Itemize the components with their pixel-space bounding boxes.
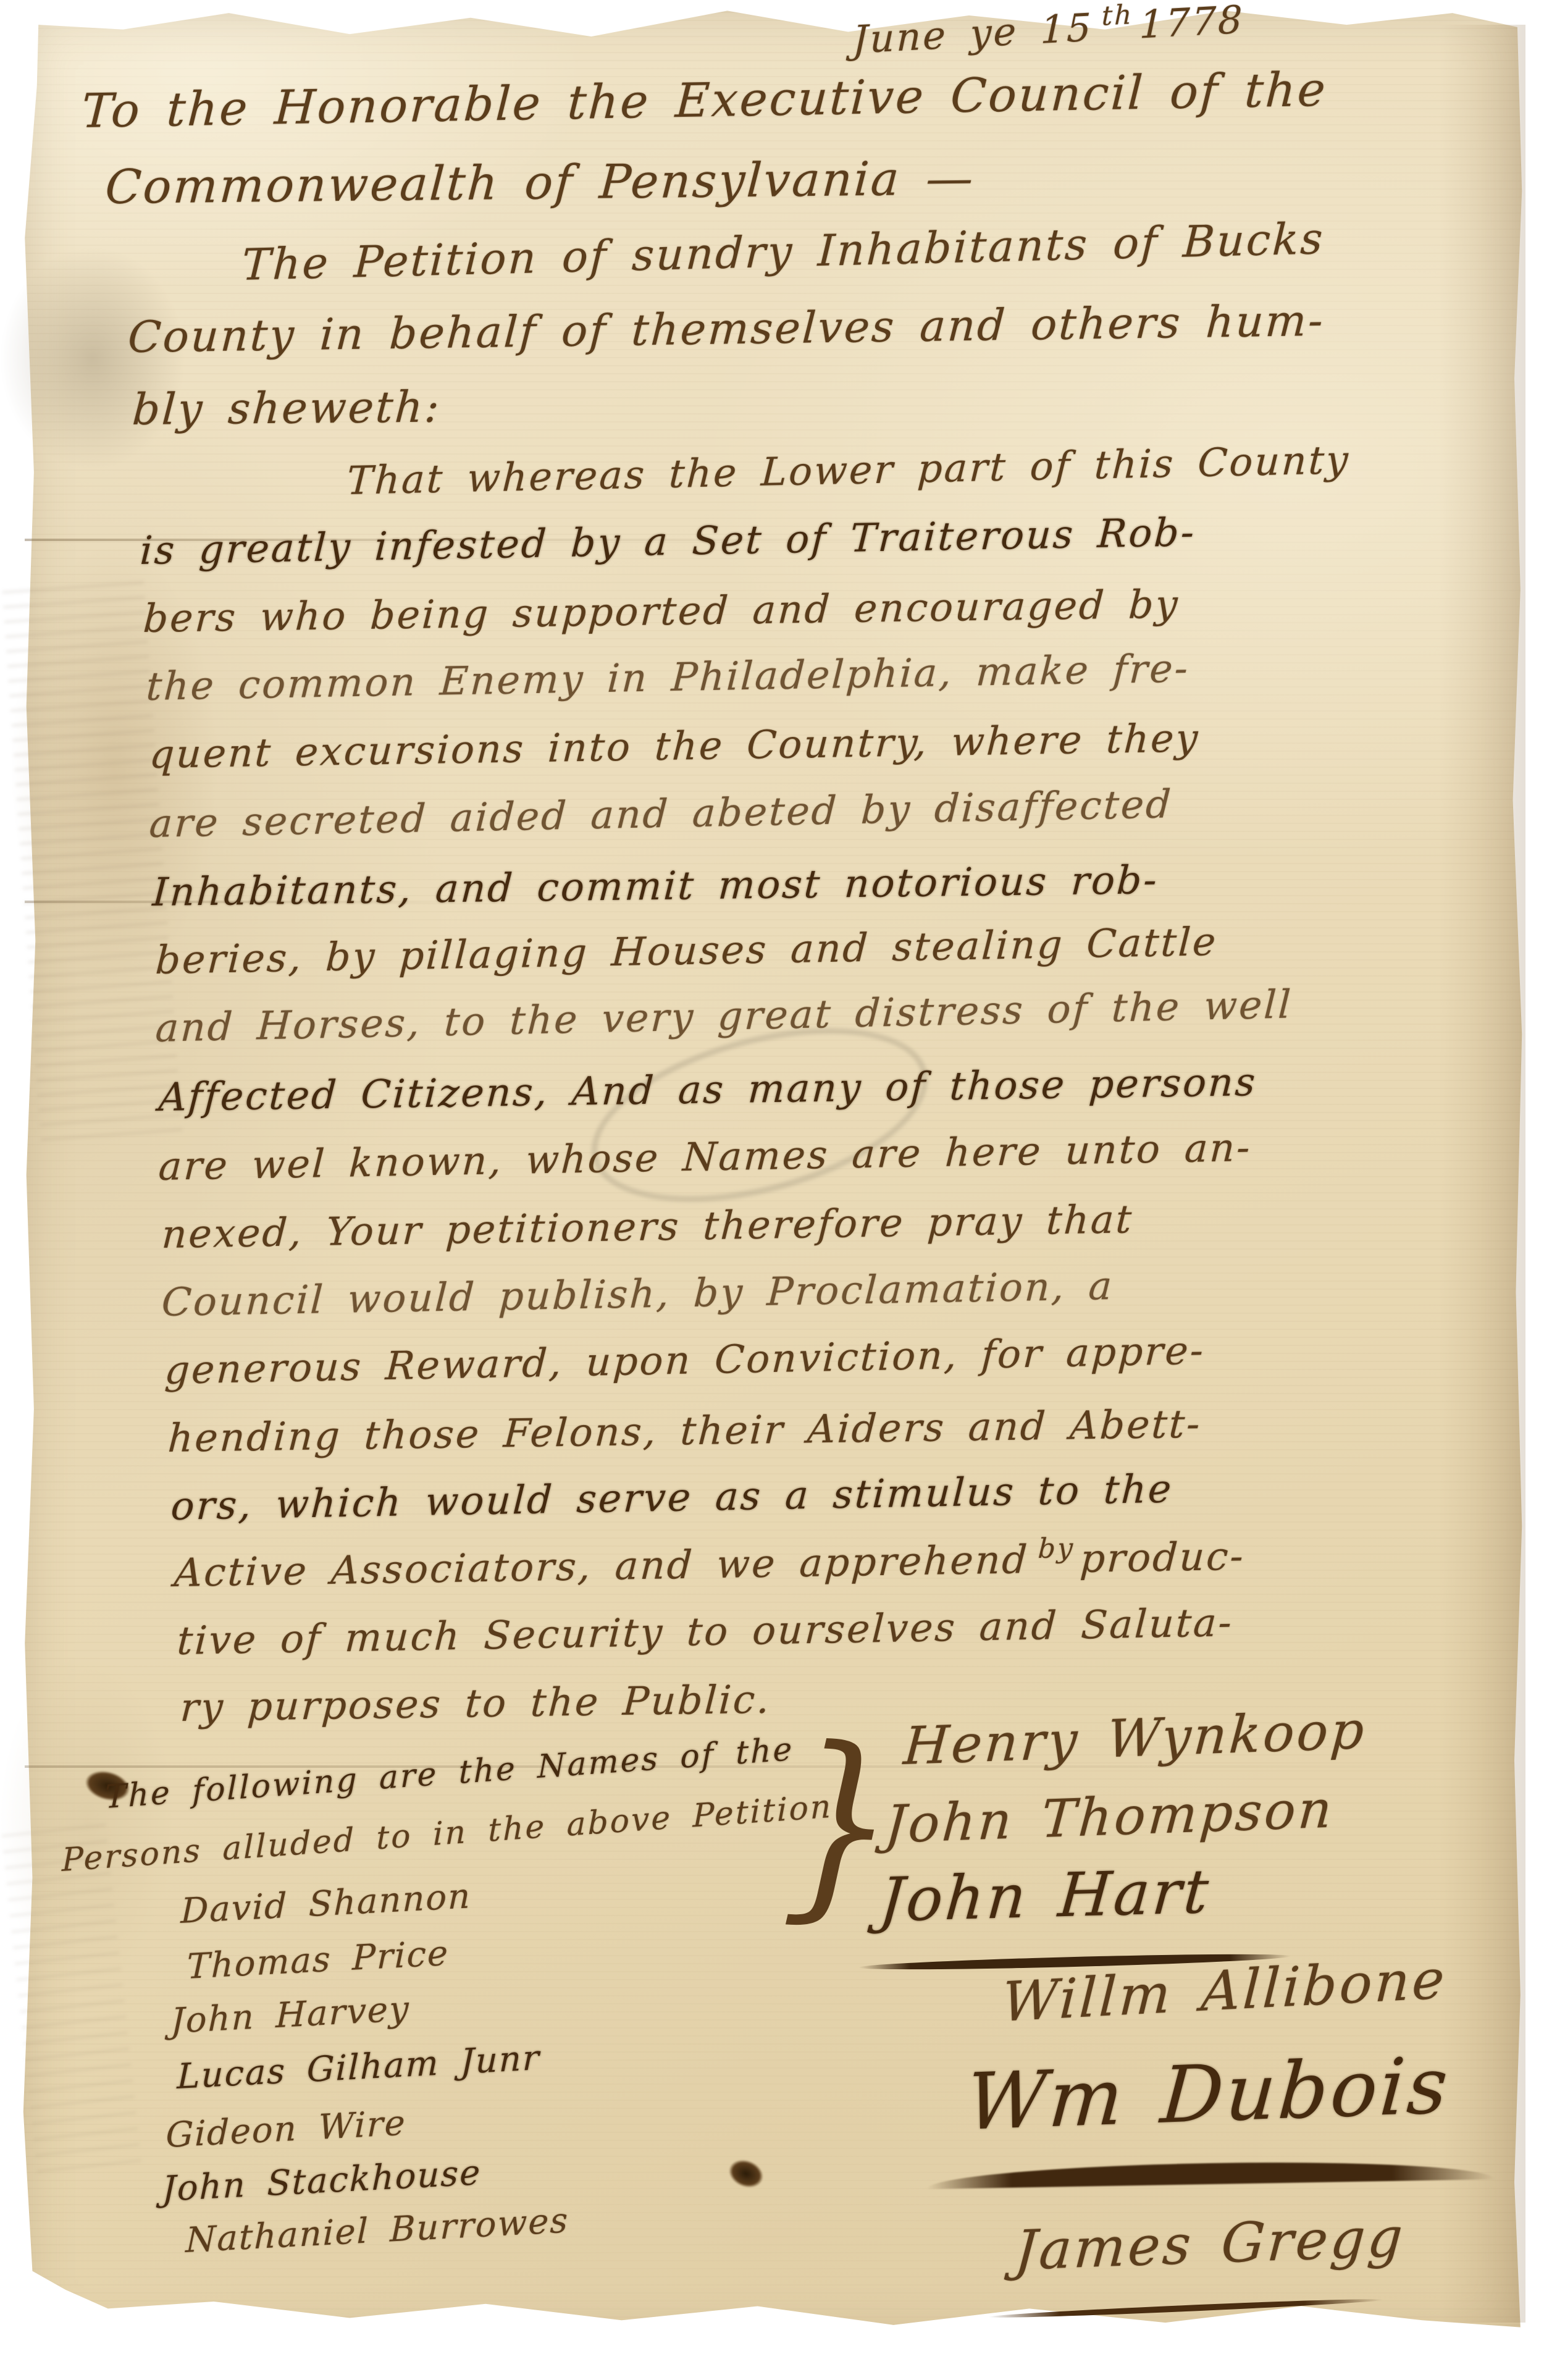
signature-hart: John Hart <box>877 1857 1214 1936</box>
body-line-19: ry purposes to the Public. <box>179 1677 772 1730</box>
salutation-line-2: Commonwealth of Pensylvania — <box>104 150 976 214</box>
preamble-line-3: bly sheweth: <box>131 382 443 435</box>
date-ordinal: th <box>1101 0 1133 32</box>
inserted-word: by <box>1037 1533 1075 1565</box>
scan-background: June ye 15th1778 To the Honorable the Ex… <box>0 0 1544 2380</box>
date-year: 1778 <box>1139 0 1244 48</box>
signature-dubois: Wm Dubois <box>963 2040 1453 2148</box>
body-line-17-end: produc- <box>1079 1534 1246 1581</box>
